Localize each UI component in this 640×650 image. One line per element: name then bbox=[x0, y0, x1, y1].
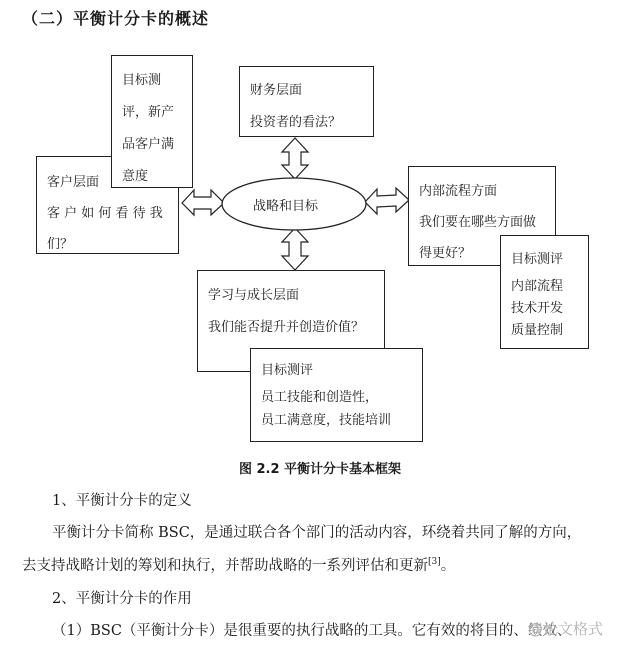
internal-metrics-line-3: 技术开发 bbox=[511, 297, 563, 316]
financial-box: 财务层面 投资者的看法？ bbox=[239, 66, 374, 137]
customer-metrics-line-4: 意度 bbox=[122, 165, 148, 184]
customer-metrics-line-2: 评，新产 bbox=[122, 101, 174, 120]
learning-metrics-line-2: 员工技能和创造性， bbox=[261, 386, 378, 405]
customer-title: 客户层面 bbox=[47, 171, 99, 190]
financial-question: 投资者的看法？ bbox=[250, 111, 341, 130]
financial-title: 财务层面 bbox=[250, 79, 302, 98]
learning-title: 学习与成长层面 bbox=[208, 284, 299, 303]
section-1-paragraph-line-2: 去支持战略计划的筹划和执行，并帮助战略的一系列评估和更新[3]。 bbox=[22, 554, 455, 575]
internal-metrics-line-2: 内部流程 bbox=[511, 275, 563, 294]
double-arrow-vertical-bottom-icon bbox=[282, 228, 308, 270]
section-1-paragraph-line-1: 平衡计分卡简称 BSC，是通过联合各个部门的活动内容，环绕着共同了解的方向， bbox=[52, 521, 581, 542]
double-arrow-horizontal-right-icon bbox=[365, 188, 409, 214]
double-arrow-horizontal-left-icon bbox=[182, 190, 224, 215]
internal-question-1: 我们要在哪些方面做 bbox=[419, 211, 536, 230]
internal-title: 内部流程方面 bbox=[419, 180, 497, 199]
center-label: 战略和目标 bbox=[253, 195, 318, 214]
customer-metrics-line-1: 目标测 bbox=[122, 69, 161, 88]
customer-metrics-box: 目标测 评，新产 品客户满 意度 bbox=[111, 55, 193, 188]
learning-question: 我们能否提升并创造价值？ bbox=[208, 316, 364, 335]
watermark: @论文格式 bbox=[528, 618, 603, 639]
section-2-title: 2、平衡计分卡的作用 bbox=[52, 587, 192, 608]
figure-caption: 图 2.2 平衡计分卡基本框架 bbox=[0, 458, 640, 477]
learning-metrics-box: 目标测评 员工技能和创造性， 员工满意度，技能培训 bbox=[250, 348, 423, 442]
internal-metrics-line-1: 目标测评 bbox=[511, 248, 563, 267]
learning-metrics-line-1: 目标测评 bbox=[261, 359, 313, 378]
internal-metrics-line-4: 质量控制 bbox=[511, 319, 563, 338]
paragraph-text: 去支持战略计划的筹划和执行，并帮助战略的一系列评估和更新 bbox=[22, 558, 428, 574]
internal-question-2: 得更好？ bbox=[419, 242, 471, 261]
customer-question-1: 客 户 如 何 看 待 我 bbox=[47, 202, 163, 221]
section-2-paragraph-line-1: （1）BSC（平衡计分卡）是很重要的执行战略的工具。它有效的将目的、绩效、 bbox=[52, 619, 571, 640]
customer-question-2: 们？ bbox=[47, 233, 73, 252]
internal-metrics-box: 目标测评 内部流程 技术开发 质量控制 bbox=[500, 235, 589, 349]
section-1-title: 1、平衡计分卡的定义 bbox=[52, 489, 192, 510]
double-arrow-vertical-top-icon bbox=[282, 138, 308, 179]
paragraph-end: 。 bbox=[441, 558, 456, 574]
learning-metrics-line-3: 员工满意度，技能培训 bbox=[261, 409, 391, 428]
citation-ref[interactable]: [3] bbox=[428, 557, 441, 567]
customer-metrics-line-3: 品客户满 bbox=[122, 133, 174, 152]
